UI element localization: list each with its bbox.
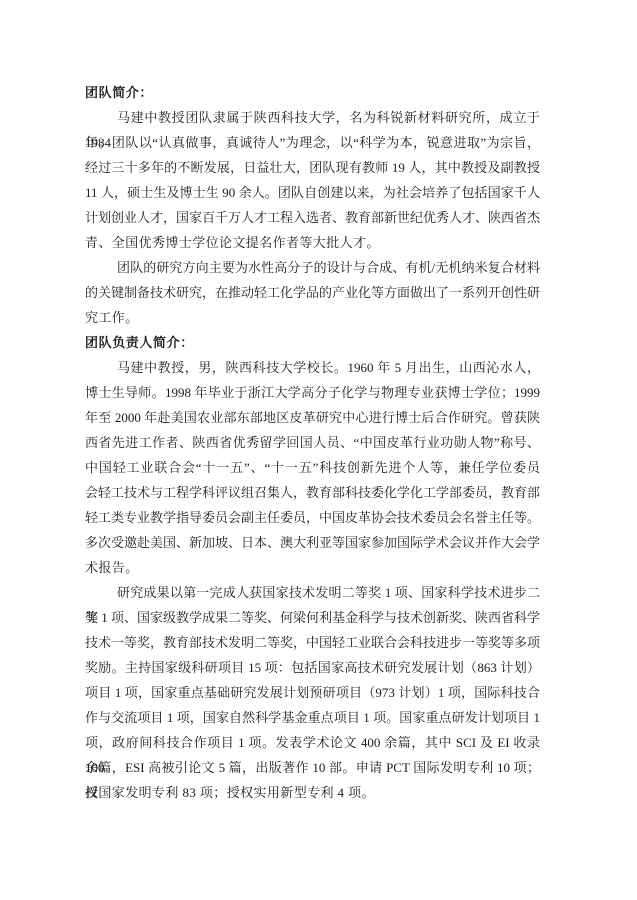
body-text-line: 中国轻工业联合会“十一五”、“十一五”科技创新先进个人等，兼任学位委员 xyxy=(85,455,540,480)
body-text-line: 青、全国优秀博士学位论文提名作者等大批人才。 xyxy=(85,230,540,255)
body-text-line: 轻工类专业教学指导委员会副主任委员，中国皮革协会技术委员会名誉主任等。 xyxy=(85,505,540,530)
document-page: 团队简介：马建中教授团队隶属于陕西科技大学，名为科锐新材料研究所，成立于 198… xyxy=(0,0,637,900)
document-body: 团队简介：马建中教授团队隶属于陕西科技大学，名为科锐新材料研究所，成立于 198… xyxy=(85,80,540,805)
body-text-line: 博士生导师。1998 年毕业于浙江大学高分子化学与物理专业获博士学位；1999 xyxy=(85,380,540,405)
body-text-line: 会轻工技术与工程学科评议组召集人，教育部科技委化学化工学部委员，教育部 xyxy=(85,480,540,505)
body-text-line: 计划创业人才，国家百千万人才工程入选者、教育部新世纪优秀人才、陕西省杰 xyxy=(85,205,540,230)
body-text-line: 研究成果以第一完成人获国家技术发明二等奖 1 项、国家科学技术进步二等 xyxy=(85,580,540,605)
body-text-line: 技术一等奖，教育部技术发明二等奖，中国轻工业联合会科技进步一等奖等多项 xyxy=(85,630,540,655)
body-text-line: 奖 1 项、国家级教学成果二等奖、何梁何利基金科学与技术创新奖、陕西省科学 xyxy=(85,605,540,630)
section-heading: 团队负责人简介： xyxy=(85,330,540,355)
body-text-line: 年。团队以“认真做事，真诚待人”为理念，以“科学为本，锐意进取”为宗旨， xyxy=(85,130,540,155)
body-text-line: 年至 2000 年赴美国农业部东部地区皮革研究中心进行博士后合作研究。曾获陕 xyxy=(85,405,540,430)
body-text-line: 马建中教授，男，陕西科技大学校长。1960 年 5 月出生，山西沁水人， xyxy=(85,355,540,380)
body-text-line: 团队的研究方向主要为水性高分子的设计与合成、有机/无机纳米复合材料 xyxy=(85,255,540,280)
body-text-line: 项，政府间科技合作项目 1 项。发表学术论文 400 余篇，其中 SCI 及 E… xyxy=(85,730,540,755)
body-text-line: 11 人，硕士生及博士生 90 余人。团队自创建以来，为社会培养了包括国家千人 xyxy=(85,180,540,205)
body-text-line: 多次受邀赴美国、新加坡、日本、澳大利亚等国家参加国际学术会议并作大会学 xyxy=(85,530,540,555)
body-text-line: 的关键制备技术研究，在推动轻工化学品的产业化等方面做出了一系列开创性研 xyxy=(85,280,540,305)
body-text-line: 究工作。 xyxy=(85,305,540,330)
body-text-line: 经过三十多年的不断发展，日益壮大，团队现有教师 19 人，其中教授及副教授 xyxy=(85,155,540,180)
body-text-line: 马建中教授团队隶属于陕西科技大学，名为科锐新材料研究所，成立于 1984 xyxy=(85,105,540,130)
body-text-line: 西省先进工作者、陕西省优秀留学回国人员、“中国皮革行业功勋人物”称号、 xyxy=(85,430,540,455)
body-text-line: 作与交流项目 1 项，国家自然科学基金重点项目 1 项。国家重点研发计划项目 1 xyxy=(85,705,540,730)
body-text-line: 权国家发明专利 83 项；授权实用新型专利 4 项。 xyxy=(85,780,540,805)
section-heading: 团队简介： xyxy=(85,80,540,105)
body-text-line: 余篇，ESI 高被引论文 5 篇，出版著作 10 部。申请 PCT 国际发明专利… xyxy=(85,755,540,780)
body-text-line: 奖励。主持国家级科研项目 15 项：包括国家高技术研究发展计划（863 计划） xyxy=(85,655,540,680)
body-text-line: 项目 1 项，国家重点基础研究发展计划预研项目（973 计划）1 项，国际科技合 xyxy=(85,680,540,705)
body-text-line: 术报告。 xyxy=(85,555,540,580)
